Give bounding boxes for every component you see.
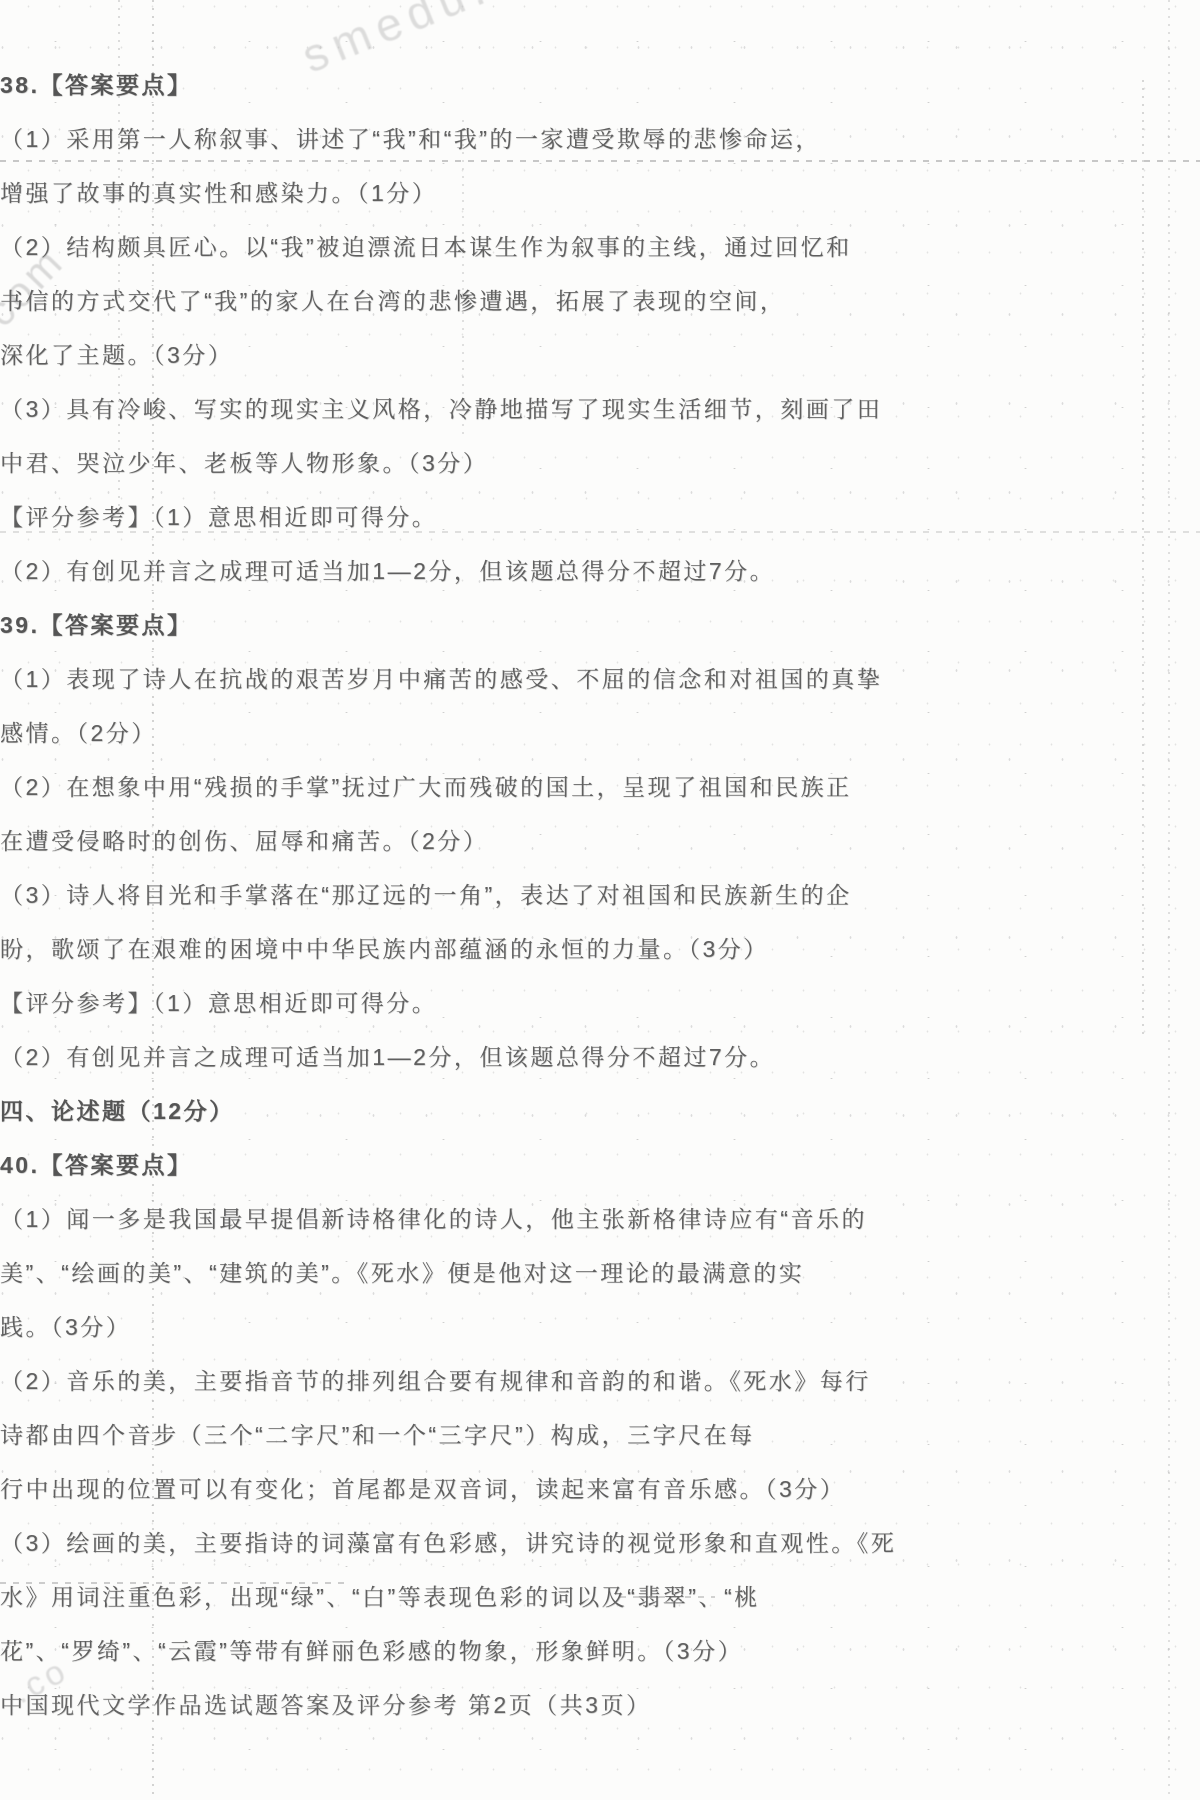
- scoring-reference-line: （2）有创见并言之成理可适当加1—2分，但该题总得分不超过7分。: [0, 1030, 1200, 1084]
- document-body: 38.【答案要点】 （1）采用第一人称叙事、讲述了“我”和“我”的一家遭受欺辱的…: [0, 58, 1200, 1732]
- scanned-page: smedu.co .com .co 38.【答案要点】 （1）采用第一人称叙事、…: [0, 0, 1200, 1800]
- doc-line: （1）采用第一人称叙事、讲述了“我”和“我”的一家遭受欺辱的悲惨命运，: [0, 112, 1200, 166]
- doc-line: 感情。（2分）: [0, 706, 1200, 760]
- scoring-reference-line: 【评分参考】（1）意思相近即可得分。: [0, 976, 1200, 1030]
- doc-line: 深化了主题。（3分）: [0, 328, 1200, 382]
- question-39-heading: 39.【答案要点】: [0, 598, 1200, 652]
- doc-line: （1）表现了诗人在抗战的艰苦岁月中痛苦的感受、不屈的信念和对祖国的真挚: [0, 652, 1200, 706]
- doc-line: 诗都由四个音步（三个“二字尺”和一个“三字尺”）构成，三字尺在每: [0, 1408, 1200, 1462]
- doc-line: （3）诗人将目光和手掌落在“那辽远的一角”，表达了对祖国和民族新生的企: [0, 868, 1200, 922]
- doc-line: 盼，歌颂了在艰难的困境中中华民族内部蕴涵的永恒的力量。（3分）: [0, 922, 1200, 976]
- page-footer: 中国现代文学作品选试题答案及评分参考 第2页（共3页）: [0, 1678, 1200, 1732]
- question-38-heading: 38.【答案要点】: [0, 58, 1200, 112]
- question-40-heading: 40.【答案要点】: [0, 1138, 1200, 1192]
- doc-line: 水》用词注重色彩，出现“绿”、“白”等表现色彩的词以及“翡翠”、“桃: [0, 1570, 1200, 1624]
- doc-line: 在遭受侵略时的创伤、屈辱和痛苦。（2分）: [0, 814, 1200, 868]
- doc-line: 增强了故事的真实性和感染力。（1分）: [0, 166, 1200, 220]
- doc-line: （2）结构颇具匠心。以“我”被迫漂流日本谋生作为叙事的主线，通过回忆和: [0, 220, 1200, 274]
- doc-line: 行中出现的位置可以有变化；首尾都是双音词，读起来富有音乐感。（3分）: [0, 1462, 1200, 1516]
- doc-line: （3）绘画的美，主要指诗的词藻富有色彩感，讲究诗的视觉形象和直观性。《死: [0, 1516, 1200, 1570]
- doc-line: （2）在想象中用“残损的手掌”抚过广大而残破的国土，呈现了祖国和民族正: [0, 760, 1200, 814]
- doc-line: 中君、哭泣少年、老板等人物形象。（3分）: [0, 436, 1200, 490]
- doc-line: （1）闻一多是我国最早提倡新诗格律化的诗人，他主张新格律诗应有“音乐的: [0, 1192, 1200, 1246]
- doc-line: （3）具有冷峻、写实的现实主义风格，冷静地描写了现实生活细节，刻画了田: [0, 382, 1200, 436]
- doc-line: 花”、“罗绮”、“云霞”等带有鲜丽色彩感的物象，形象鲜明。（3分）: [0, 1624, 1200, 1678]
- doc-line: 践。（3分）: [0, 1300, 1200, 1354]
- doc-line: 美”、“绘画的美”、“建筑的美”。《死水》便是他对这一理论的最满意的实: [0, 1246, 1200, 1300]
- doc-line: （2）音乐的美，主要指音节的排列组合要有规律和音韵的和谐。《死水》每行: [0, 1354, 1200, 1408]
- doc-line: 书信的方式交代了“我”的家人在台湾的悲惨遭遇，拓展了表现的空间，: [0, 274, 1200, 328]
- scoring-reference-line: 【评分参考】（1）意思相近即可得分。: [0, 490, 1200, 544]
- section-4-heading: 四、论述题（12分）: [0, 1084, 1200, 1138]
- scoring-reference-line: （2）有创见并言之成理可适当加1—2分，但该题总得分不超过7分。: [0, 544, 1200, 598]
